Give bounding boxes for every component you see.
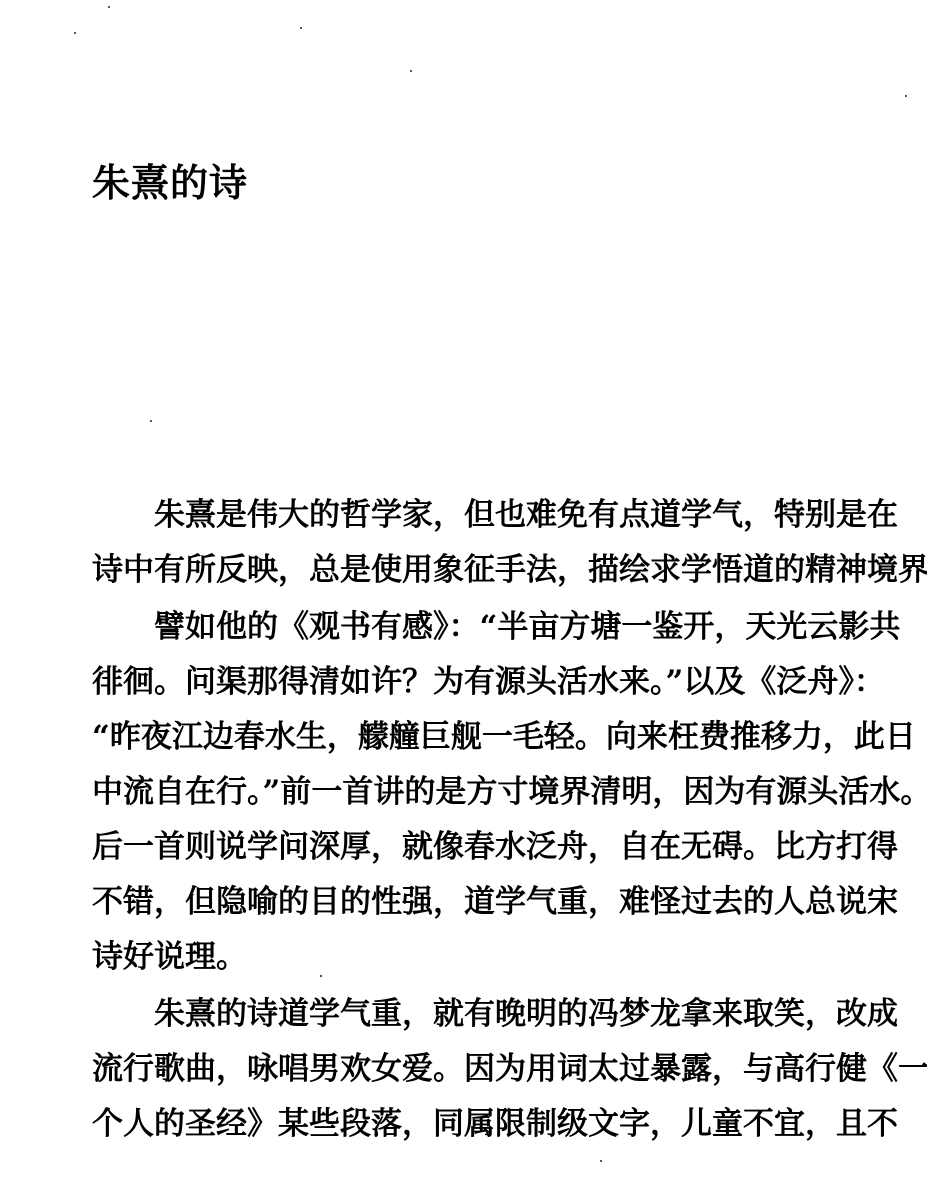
text-line: 诗好说理。	[92, 930, 852, 985]
text-line: 徘徊。问渠那得清如许？为有源头活水来。”以及《泛舟》：	[92, 655, 852, 710]
text-line: 不错，但隐喻的目的性强，道学气重，难怪过去的人总说宋	[92, 875, 852, 930]
scan-speck	[905, 95, 907, 97]
paragraph-1: 朱熹是伟大的哲学家，但也难免有点道学气，特别是在 诗中有所反映，总是使用象征手法…	[92, 488, 852, 598]
paragraph-3: 朱熹的诗道学气重，就有晚明的冯梦龙拿来取笑，改成 流行歌曲，咏唱男欢女爱。因为用…	[92, 987, 852, 1152]
text-line: 个人的圣经》某些段落，同属限制级文字，儿童不宜，且不	[92, 1097, 852, 1152]
scan-speck	[410, 70, 412, 72]
scan-speck	[320, 975, 322, 977]
scan-speck	[300, 27, 302, 29]
text-line: “昨夜江边春水生，艨艟巨舰一毛轻。向来枉费推移力，此日	[92, 710, 852, 765]
text-line: 譬如他的《观书有感》：“半亩方塘一鉴开，天光云影共	[92, 600, 852, 655]
document-page: 朱熹的诗 朱熹是伟大的哲学家，但也难免有点道学气，特别是在 诗中有所反映，总是使…	[0, 0, 927, 1178]
body-text: 朱熹是伟大的哲学家，但也难免有点道学气，特别是在 诗中有所反映，总是使用象征手法…	[92, 488, 852, 1152]
scan-speck	[150, 420, 152, 422]
text-line: 中流自在行。”前一首讲的是方寸境界清明，因为有源头活水。	[92, 765, 852, 820]
text-line: 流行歌曲，咏唱男欢女爱。因为用词太过暴露，与高行健《一	[92, 1042, 852, 1097]
text-line: 朱熹的诗道学气重，就有晚明的冯梦龙拿来取笑，改成	[92, 987, 852, 1042]
page-title: 朱熹的诗	[92, 160, 248, 206]
scan-speck	[600, 1160, 602, 1162]
scan-speck	[74, 32, 76, 34]
paragraph-2: 譬如他的《观书有感》：“半亩方塘一鉴开，天光云影共 徘徊。问渠那得清如许？为有源…	[92, 600, 852, 985]
scan-speck	[108, 6, 110, 8]
text-line: 朱熹是伟大的哲学家，但也难免有点道学气，特别是在	[92, 488, 852, 543]
text-line: 诗中有所反映，总是使用象征手法，描绘求学悟道的精神境界。	[92, 543, 852, 598]
text-line: 后一首则说学问深厚，就像春水泛舟，自在无碍。比方打得	[92, 820, 852, 875]
